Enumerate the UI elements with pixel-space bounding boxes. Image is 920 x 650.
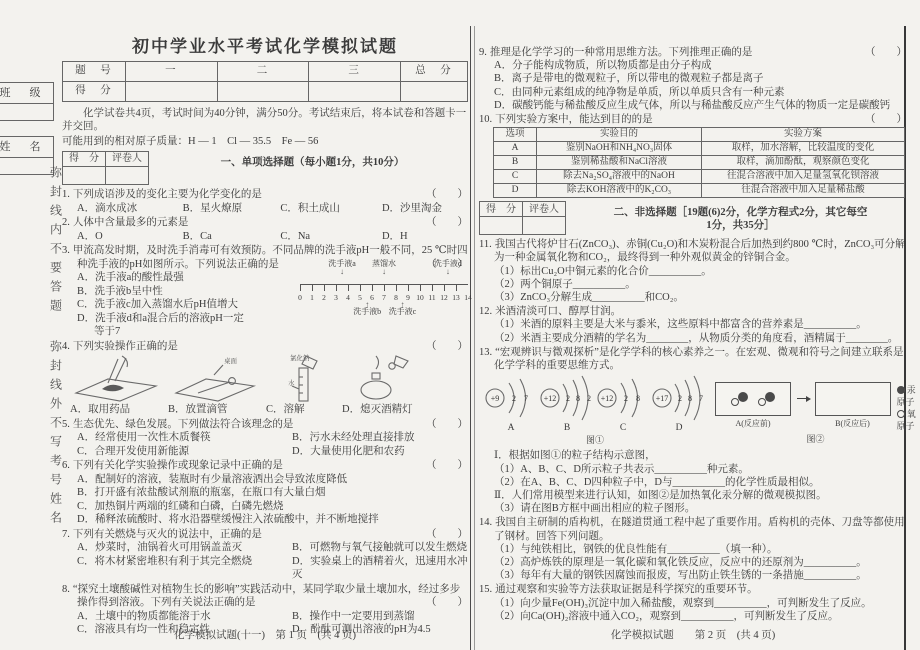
option: A．炒菜时，油锅着火可用锅盖盖灭 [77,541,292,555]
question-9: 9.推理是化学学习的一种常用思维方法。下列推理正确的是（ ） A．分子能构成物质… [479,46,907,112]
option: A．O [77,230,183,244]
class-box: 班 级 [0,82,54,121]
svg-text:7: 7 [524,394,528,403]
option: B．星火燎原 [183,202,281,216]
atom-label: D [676,424,683,433]
plan-cell: 往混合溶液中加入足量稀盐酸 [702,184,905,198]
answer-bracket: （ ） [441,340,468,354]
ph-scale-figure: 洗手液a↓ 蒸馏水↓ 洗手液d↓ 0 1 2 3 4 5 6 7 8 9 10 … [300,260,468,326]
down-arrow-icon: ↓ [434,268,462,275]
sketch-place-dropper: 桌面 B．放置滴管 [168,353,260,417]
svg-text:2: 2 [566,394,570,403]
question-number: 11. [479,239,492,250]
plan-header: 选项 [494,128,537,142]
answer-bracket: （ ） [441,528,468,542]
option: C．加热铜片两端的红磷和白磷，白磷先燃烧 [77,500,468,514]
sub-question: Ⅱ．人们常用模型来进行认知，如图②是加热氧化汞分解的微观模拟图。 [479,489,907,502]
dissolve-drawing: 氯化钠 水 [266,353,336,403]
atom-diagram-c: +12 2 8 C [595,374,651,433]
svg-text:+9: +9 [491,394,500,403]
question-number: 9. [479,47,487,58]
sub-question: （2）两个铜原子__________。 [479,278,907,291]
sketch-caption: D．熄灭酒精灯 [342,403,413,417]
sub-question: （3）ZnCO₃分解生成__________和CO₂。 [479,291,907,304]
question-4: 4.下列实验操作正确的是（ ） A．取用药品 桌面 [62,340,468,417]
option: C．由同种元素组成的纯净物是单质，所以单质只含有一种元素 [494,86,907,99]
grader-score-label: 得 分 [480,202,523,217]
atomic-mass-note: 可能用到的相对原子质量：H — 1 Cl — 35.5 Fe — 56 [62,135,468,149]
grader-person-label: 评卷人 [106,152,149,167]
question-7: 7.下列有关燃烧与灭火的说法中，正确的是（ ） A．炒菜时，油锅着火可用锅盖盖灭… [62,528,468,582]
question-number: 8. [62,584,70,595]
reaction-arrow-icon [797,398,809,399]
seal-text-inner: 弥封线内不要答题 [48,166,62,318]
ph-marker: 洗手液d↓ [434,260,462,275]
score-header-cell: 一 [126,61,218,81]
option: B．洗手液b呈中性 [77,285,309,299]
question-text: 推理是化学学习的一种常用思维方法。下列推理正确的是 [490,47,753,58]
option: A．滴水成冰 [77,202,183,216]
option: C．洗手液c加入蒸馏水后pH值增大 [77,298,309,312]
answer-bracket: （ ） [880,113,907,126]
score-row-label: 得 分 [63,81,126,101]
sketch-dissolve: 氯化钠 水 C．溶解 [266,353,336,417]
question-text: 下列有关燃烧与灭火的说法中，正确的是 [73,529,262,540]
exam-instructions: 化学试卷共4页，考试时间为40分钟，满分50分。考试结束后，将本试卷和答题卡一并… [62,107,468,134]
take-chemicals-drawing [70,353,162,403]
atom-b-drawing: +12 2 8 2 [539,374,595,424]
score-header-cell: 三 [309,61,401,81]
tick-label: 2 [322,291,326,305]
question-number: 4. [62,341,70,352]
section2-title-line1: 二、非选择题［19题(6)2分，化学方程式2分，其它每空 [574,206,907,219]
exam-title: 初中学业水平考试化学模拟试题 [62,40,468,54]
sub-question: （2）在A、B、C、D四种粒子中，D与__________的化学性质最相似。 [479,476,907,489]
plan-cell: 除去KOH溶液中的K₂CO₃ [537,184,702,198]
name-label: 姓 名 [0,137,53,158]
page1-footer: 化学模拟试题(十一) 第 1 页 (共 4 页) [62,629,468,643]
answer-bracket: （ ） [441,418,468,432]
question-11: 11.我国古代将炉甘石(ZnCO₃)、赤铜(Cu₂O)和木炭粉混合后加热到约80… [479,238,907,304]
plan-cell: 鉴别稀盐酸和NaCl溶液 [537,156,702,170]
sub-question: （2）米酒主要成分酒精的学名为________，从物质分类的角度看，酒精属于__… [479,332,907,345]
question-text: 下列有关化学实验操作或现象记录中正确的是 [73,460,283,471]
ph-marker: ↑洗手液b [353,301,381,316]
question-number: 12. [479,306,492,317]
experiment-plan-table: 选项 实验目的 实验方案 A 鉴别NaOH和NH₄NO₃固体 取样，加水溶解，比… [493,127,905,198]
option: A．土壤中的物质都能溶于水 [77,610,292,624]
plan-cell: 往混合溶液中加入足量氢氧化钡溶液 [702,170,905,184]
name-blank-cell [0,158,53,174]
plan-cell: 取样，加水溶解，比较温度的变化 [702,142,905,156]
svg-text:+12: +12 [544,394,557,403]
question-12: 12.米酒清淡可口、醇厚甘润。 （1）米酒的原料主要是大米与黍米，这些原料中都富… [479,305,907,345]
question-number: 7. [62,529,70,540]
option: A．经常使用一次性木质餐筷 [77,431,292,445]
figure2-legend: 汞原子 氧原子 [897,382,917,432]
tick-label: 14 [464,291,472,305]
sub-question: Ⅰ．根据如图①的粒子结构示意图， [479,449,907,462]
question-number: 13. [479,347,492,358]
tick-label: 7 [382,291,386,305]
section2-header-row: 得 分 评卷人 二、非选择题［19题(6)2分，化学方程式2分，其它每空 1分，… [479,201,907,235]
option: A．洗手液a的酸性最强 [77,271,309,285]
after-box-label: B(反应后) [835,417,870,430]
svg-text:2: 2 [512,394,516,403]
atom-c-drawing: +12 2 8 [595,374,651,424]
option: D．洗手液d和a混合后的溶液pH一定 [77,312,309,326]
sub-question: （1）标出Cu₂O中铜元素的化合价__________。 [479,265,907,278]
exam-page-1: 初中学业水平考试化学模拟试题 题 号 一 二 三 总 分 得 分 化学试卷共4页… [62,40,468,638]
atom-label: B [564,424,570,433]
plan-cell: 除去Na₂SO₄溶液中的NaOH [537,170,702,184]
question-text: 下列成语涉及的变化主要为化学变化的是 [73,189,262,200]
question-text: 通过观察和实验等方法获取证据是科学探究的重要环节。 [495,584,758,595]
plan-cell: 鉴别NaOH和NH₄NO₃固体 [537,142,702,156]
ph-marker: 蒸馏水↓ [372,260,396,275]
reaction-model-figure: A(反应前) B(反应后) 汞原子 氧原子 图② [715,374,916,447]
question-text: 我国自主研制的盾构机，在隧道贯通工程中起了重要作用。盾构机的壳体、刀盘等都使用了… [494,517,905,541]
extinguish-lamp-drawing [342,353,420,403]
question-5: 5.生态优先、绿色发展。下列做法符合该理念的是（ ） A．经常使用一次性木质餐筷… [62,418,468,459]
down-arrow-icon: ↓ [328,268,356,275]
question-2: 2.人体中含量最多的元素是（ ） A．O B．Ca C．Na D．H [62,216,468,243]
atom-d-drawing: +17 2 8 7 [651,374,707,424]
reaction-after-box [815,382,891,416]
tick-label: 12 [440,291,448,305]
class-label: 班 级 [0,83,53,104]
question-text: 我国古代将炉甘石(ZnCO₃)、赤铜(Cu₂O)和木炭粉混合后加热到约800 ℃… [494,239,906,263]
option: B．操作中一定要用到蒸馏 [292,610,468,624]
water-label: 水 [288,378,295,387]
grader-empty-cell [480,217,523,235]
ph-marker: ↑洗手液c [389,301,417,316]
option: D．稀释浓硫酸时、将水沿器壁缓慢注入浓硫酸中，并不断地搅拌 [77,513,468,527]
svg-text:2: 2 [587,394,591,403]
question-6: 6.下列有关化学实验操作或现象记录中正确的是（ ） A．配制好的溶液，装瓶时有少… [62,459,468,527]
option: B．可燃物与氧气接触就可以发生燃烧 [292,541,468,555]
grader-person-label: 评卷人 [523,202,566,217]
svg-text:8: 8 [576,394,580,403]
plan-cell: 取样，滴加酚酞，观察颜色变化 [702,156,905,170]
tick-label: 13 [452,291,460,305]
score-empty-cell [217,81,309,101]
ph-marker-label: 洗手液b [353,307,381,316]
option: A．配制好的溶液，装瓶时有少量溶液洒出会导致浓度降低 [77,473,468,487]
question-13: 13.“宏观辨识与微观探析”是化学学科的核心素养之一。在宏观、微观和符号之间建立… [479,346,907,516]
name-box: 姓 名 [0,136,54,175]
sketch-caption: A．取用药品 [70,403,130,417]
score-header-cell: 总 分 [401,61,468,81]
place-dropper-drawing: 桌面 [168,353,260,403]
reaction-before-box [715,382,791,416]
plan-cell: B [494,156,537,170]
question-number: 15. [479,584,492,595]
answer-bracket: （ ） [441,459,468,473]
option: C．将木材紧密堆积有利于其完全燃烧 [77,555,292,582]
sub-question: （2）高炉炼铁的原理是一氧化碳和氧化铁反应，反应中的还原剂为__________… [479,556,907,569]
question-text: 下列实验操作正确的是 [73,341,178,352]
svg-text:7: 7 [699,394,703,403]
question-number: 1. [62,189,70,200]
option: B．打开盛有浓盐酸试剂瓶的瓶塞，在瓶口有大量白烟 [77,486,468,500]
table-row: A 鉴别NaOH和NH₄NO₃固体 取样，加水溶解，比较温度的变化 [494,142,905,156]
grader-empty-cell [63,167,106,185]
option: D．沙里淘金 [382,202,468,216]
option: C．合理开发使用新能源 [77,445,292,459]
table-row: C 除去Na₂SO₄溶液中的NaOH 往混合溶液中加入足量氢氧化钡溶液 [494,170,905,184]
question-number: 2. [62,217,70,228]
option: B．离子是带电的微观粒子，所以带电的微观粒子都是离子 [494,72,907,85]
score-header-cell: 二 [217,61,309,81]
atom-a-drawing: +9 2 7 [483,374,539,424]
seal-text-outer: 弥封线外不写考号姓名 [48,340,62,530]
question-text: 人体中含量最多的元素是 [73,217,189,228]
svg-text:8: 8 [636,394,640,403]
plan-cell: D [494,184,537,198]
table-row: B 鉴别稀盐酸和NaCl溶液 取样，滴加酚酞，观察颜色变化 [494,156,905,170]
sketch-caption: B．放置滴管 [168,403,228,417]
grader-empty-cell [106,167,149,185]
question-10: 10.下列实验方案中，能达到目的的是（ ） 选项 实验目的 实验方案 A 鉴别N… [479,113,907,198]
option: D．H [382,230,468,244]
question-1: 1.下列成语涉及的变化主要为化学变化的是（ ） A．滴水成冰 B．星火燎原 C．… [62,188,468,215]
svg-text:+17: +17 [656,394,669,403]
tick-label: 11 [428,291,435,305]
grader-empty-cell [523,217,566,235]
hgo-molecule [731,392,748,406]
sketch-extinguish-lamp: D．熄灭酒精灯 [342,353,420,417]
desk-label: 桌面 [224,356,238,365]
plan-cell: C [494,170,537,184]
plan-header: 实验目的 [537,128,702,142]
plan-cell: A [494,142,537,156]
section2-title-line2: 1分，共35分］ [574,219,907,232]
question-number: 10. [479,114,492,125]
atom-structure-figure: +9 2 7 A +12 [483,374,707,447]
question-number: 5. [62,419,70,430]
oxygen-atom-icon [897,410,905,418]
answer-bracket: （ ） [880,46,907,59]
page-divider-line [470,26,471,650]
answer-bracket: （ ） [441,216,468,230]
grader-box: 得 分 评卷人 [479,201,566,235]
question-3: 3.甲流高发时期，及时洗手消毒可有效预防。不同品牌的洗手液pH一般不同，25 ℃… [62,244,468,339]
score-empty-cell [401,81,468,101]
option: B．污水未经处理直接排放 [292,431,468,445]
ph-axis [300,284,468,291]
sub-question: （2）向Ca(OH)₂溶液中通入CO₂，观察到__________，可判断发生了… [479,610,907,623]
grader-box: 得 分 评卷人 [62,151,149,185]
question-number: 6. [62,460,70,471]
question-number: 3. [62,245,70,256]
plan-header: 实验方案 [702,128,905,142]
class-blank-cell [0,104,53,120]
sub-question: （1）A、B、C、D所示粒子共表示__________种元素。 [479,463,907,476]
mercury-atom-icon [897,386,905,394]
table-row: D 除去KOH溶液中的K₂CO₃ 往混合溶液中加入足量稀盐酸 [494,184,905,198]
score-header-cell: 题 号 [63,61,126,81]
figure1-caption: 图① [586,434,604,447]
sub-question: （1）向少量Fe(OH)₃沉淀中加入稀盐酸，观察到__________，可判断发… [479,597,907,610]
option: C．积土成山 [280,202,382,216]
option: B．Ca [183,230,281,244]
figure2-caption: 图② [807,433,825,446]
question-15: 15.通过观察和实验等方法获取证据是科学探究的重要环节。 （1）向少量Fe(OH… [479,583,907,623]
section2-title: 二、非选择题［19题(6)2分，化学方程式2分，其它每空 1分，共35分］ [574,201,907,232]
before-box-label: A(反应前) [735,417,770,430]
sub-question: （1）与纯铁相比，钢铁的优良性能有__________（填一种）。 [479,543,907,556]
scanned-exam-sheet: 班 级 姓 名 弥封线内不要答题 弥封线外不写考号姓名 初中学业水平考试化学模拟… [0,0,920,650]
grader-score-label: 得 分 [63,152,106,167]
score-empty-cell [126,81,218,101]
sub-question: （3）请在图B方框中画出相应的粒子图形。 [479,502,907,515]
svg-text:2: 2 [678,394,682,403]
svg-text:2: 2 [624,394,628,403]
bottle-label: 氯化钠 [290,353,310,362]
question-text: “宏观辨识与微观探析”是化学学科的核心素养之一。在宏观、微观和符号之间建立联系是… [494,347,903,371]
ph-marker-label: 洗手液c [389,307,417,316]
answer-bracket: （ ） [441,188,468,202]
answer-bracket: （ ） [441,596,468,610]
question-text: 下列实验方案中，能达到目的的是 [495,114,653,125]
question-14: 14.我国自主研制的盾构机，在隧道贯通工程中起了重要作用。盾构机的壳体、刀盘等都… [479,516,907,582]
option: D．碳酸钙能与稀盐酸反应生成气体，所以与稀盐酸反应产生气体的物质一定是碳酸钙 [494,99,907,112]
svg-text:8: 8 [688,394,692,403]
atom-diagram-d: +17 2 8 7 D [651,374,707,433]
option: D．实验桌上的酒精着火，迅速用水冲灭 [292,555,468,582]
down-arrow-icon: ↓ [372,268,396,275]
hgo-molecule [758,392,775,406]
sketch-take-chemicals: A．取用药品 [70,353,162,417]
page2-footer: 化学模拟试题 第 2 页 (共 4 页) [479,629,907,643]
sub-question: （1）米酒的原料主要是大米与黍米，这些原料中都富含的营养素是__________… [479,318,907,331]
option: A．分子能构成物质，所以物质都是由分子构成 [494,59,907,72]
atom-diagram-a: +9 2 7 A [483,374,539,433]
question-number: 14. [479,517,492,528]
tick-label: 3 [334,291,338,305]
exam-page-2: 9.推理是化学学习的一种常用思维方法。下列推理正确的是（ ） A．分子能构成物质… [479,46,907,624]
tick-label: 0 [298,291,302,305]
section1-title: 一、单项选择题（每小题1分，共10分） [157,151,468,170]
section1-header-row: 得 分 评卷人 一、单项选择题（每小题1分，共10分） [62,151,468,185]
ph-marker: 洗手液a↓ [328,260,356,275]
tick-label: 1 [310,291,314,305]
score-empty-cell [309,81,401,101]
option: C．Na [280,230,382,244]
atom-label: C [620,424,626,433]
question-text: 米酒清淡可口、醇厚甘润。 [495,306,621,317]
atom-label: A [508,424,515,433]
tick-label: 4 [346,291,350,305]
score-summary-table: 题 号 一 二 三 总 分 得 分 [62,61,468,102]
question-text: 生态优先、绿色发展。下列做法符合该理念的是 [73,419,294,430]
svg-text:+12: +12 [601,394,614,403]
question-text: “探究土壤酸碱性对植物生长的影响”实践活动中，某同学取少量土壤加水，经过多步操作… [73,584,460,609]
atom-diagram-b: +12 2 8 2 B [539,374,595,433]
sub-question: （3）每年有大量的钢铁因腐蚀而报废，写出防止铁生锈的一条措施__________… [479,569,907,582]
option: D．大量使用化肥和农药 [292,445,468,459]
sketch-caption: C．溶解 [266,403,305,417]
tick-label: 10 [416,291,424,305]
page-divider-line-2 [474,26,475,650]
option-continued: 等于7 [77,325,309,339]
